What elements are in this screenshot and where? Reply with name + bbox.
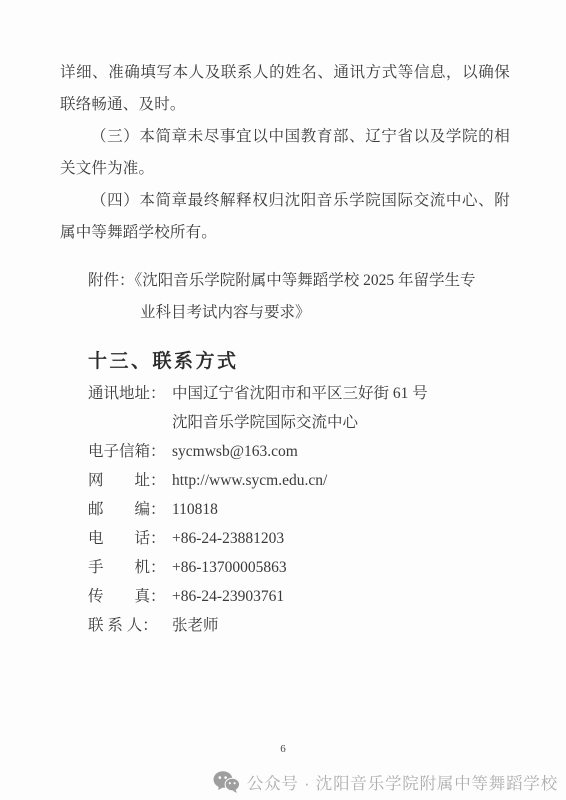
contact-label: 邮 编： — [88, 495, 172, 524]
attachment-line: 业科目考试内容与要求》 — [60, 297, 510, 329]
contact-row-phone: 电 话： +86-24-23881203 — [60, 524, 510, 553]
document-page: 详细、准确填写本人及联系人的姓名、通讯方式等信息，以确保联络畅通、及时。 （三）… — [0, 0, 566, 800]
address-line: 沈阳音乐学院国际交流中心 — [172, 408, 510, 437]
contact-row-mobile: 手 机： +86-13700005863 — [60, 553, 510, 582]
paragraph: （三）本简章未尽事宜以中国教育部、辽宁省以及学院的相关文件为准。 — [60, 121, 510, 185]
contact-label: 手 机： — [88, 553, 172, 582]
contact-label: 传 真： — [88, 582, 172, 611]
paragraph: 详细、准确填写本人及联系人的姓名、通讯方式等信息，以确保联络畅通、及时。 — [60, 57, 510, 121]
wechat-icon — [213, 770, 240, 794]
contact-value: +86-24-23881203 — [172, 524, 510, 553]
page-content: 详细、准确填写本人及联系人的姓名、通讯方式等信息，以确保联络畅通、及时。 （三）… — [60, 57, 510, 640]
contact-label: 通讯地址： — [88, 379, 172, 437]
contact-value: +86-24-23903761 — [172, 582, 510, 611]
page-number: 6 — [0, 743, 566, 755]
attachment-line: 附件：《沈阳音乐学院附属中等舞蹈学校 2025 年留学生专 — [60, 265, 510, 297]
wechat-watermark: 公众号 · 沈阳音乐学院附属中等舞蹈学校 — [213, 770, 558, 794]
contact-label: 电子信箱： — [88, 437, 172, 466]
contact-row-address: 通讯地址： 中国辽宁省沈阳市和平区三好街 61 号 沈阳音乐学院国际交流中心 — [60, 379, 510, 437]
contact-row-email: 电子信箱： sycmwsb@163.com — [60, 437, 510, 466]
contact-value: 张老师 — [172, 611, 510, 640]
contact-row-fax: 传 真： +86-24-23903761 — [60, 582, 510, 611]
contact-row-contact-person: 联 系 人： 张老师 — [60, 611, 510, 640]
paragraph: （四）本简章最终解释权归沈阳音乐学院国际交流中心、附属中等舞蹈学校所有。 — [60, 185, 510, 249]
contact-value: 110818 — [172, 495, 510, 524]
contact-label: 电 话： — [88, 524, 172, 553]
contact-value: http://www.sycm.edu.cn/ — [172, 466, 510, 495]
attachment-note: 附件：《沈阳音乐学院附属中等舞蹈学校 2025 年留学生专 业科目考试内容与要求… — [60, 265, 510, 329]
section-heading-contact: 十三、联系方式 — [60, 350, 510, 374]
address-line: 中国辽宁省沈阳市和平区三好街 61 号 — [172, 379, 510, 408]
contact-row-website: 网 址： http://www.sycm.edu.cn/ — [60, 466, 510, 495]
contact-value: sycmwsb@163.com — [172, 437, 510, 466]
contact-list: 通讯地址： 中国辽宁省沈阳市和平区三好街 61 号 沈阳音乐学院国际交流中心 电… — [60, 379, 510, 640]
watermark-text: 公众号 · 沈阳音乐学院附属中等舞蹈学校 — [247, 770, 558, 794]
contact-value: 中国辽宁省沈阳市和平区三好街 61 号 沈阳音乐学院国际交流中心 — [172, 379, 510, 437]
contact-label: 联 系 人： — [88, 611, 172, 640]
contact-label: 网 址： — [88, 466, 172, 495]
contact-row-postcode: 邮 编： 110818 — [60, 495, 510, 524]
contact-value: +86-13700005863 — [172, 553, 510, 582]
